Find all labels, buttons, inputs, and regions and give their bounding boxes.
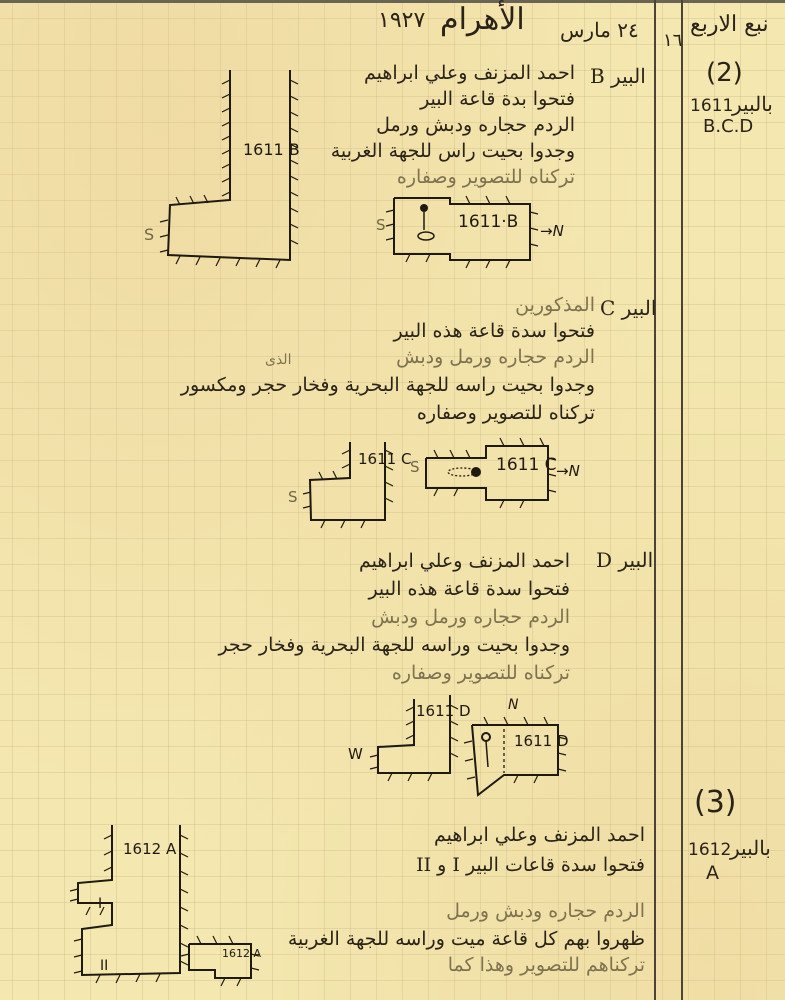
- header-site: الأهرام: [440, 2, 525, 37]
- sketch-b-shaft-label: 1611 B: [243, 140, 283, 159]
- margin-entry-3-tomb: 1612: [688, 840, 731, 860]
- section-b-line-1: احمد المزنف وعلي ابراهيم: [364, 60, 575, 86]
- section-b-line-4: وجدوا بحيت راس للجهة الغربية: [331, 138, 575, 164]
- sketch-1612a-chamber-label: 1612 A: [222, 948, 252, 959]
- sketch-c-chamber-dir: S: [410, 458, 420, 476]
- notebook-page: ١٩٢٧ الأهرام ٢٤ مارس ١٦ نبع الاربع (2) ب…: [0, 0, 785, 1000]
- sketch-1612a-chamber-ii: II: [100, 958, 108, 974]
- section-a-line-3: الردم حجاره ودبش ورمل: [446, 898, 645, 924]
- header-date: ٢٤ مارس: [560, 18, 639, 42]
- section-a-line-2: فتحوا سدة قاعات البير I و II: [416, 852, 645, 878]
- sketch-c-north-arrow: →N: [556, 462, 580, 480]
- sketch-b-chamber-plan: [390, 190, 540, 274]
- section-b-line-3: الردم حجاره ودبش ورمل: [376, 112, 575, 138]
- section-d-line-1: احمد المزنف وعلي ابراهيم: [359, 548, 570, 574]
- sketch-b-chamber-dir: S: [376, 216, 386, 234]
- sketch-b-north-arrow: →N: [540, 222, 564, 240]
- sketch-d-chamber-plan: [468, 715, 568, 799]
- header-page-number: ١٦: [663, 30, 682, 51]
- margin-entry-3-number: (3): [694, 785, 737, 820]
- sketch-b-shaft-dir: S: [144, 225, 154, 244]
- section-c-line-4: وجدوا بحيت راسه للجهة البحرية وفخار حجر …: [181, 372, 595, 398]
- sketch-c-shaft-label: 1611 C: [358, 450, 411, 468]
- section-c-heading: البير C: [600, 296, 656, 320]
- margin-line-outer: [681, 0, 683, 1000]
- margin-entry-2-shafts: B.C.D: [703, 116, 753, 137]
- section-a-line-1: احمد المزنف وعلي ابراهيم: [434, 822, 645, 848]
- page-top-edge: [0, 0, 785, 3]
- section-c-line-5: تركناه للتصوير وصفاره: [417, 400, 595, 426]
- margin-line-inner: [654, 0, 656, 1000]
- sketch-d-shaft-label: 1611 D: [416, 702, 471, 720]
- margin-entry-2-number: (2): [706, 58, 743, 88]
- header-tomb-group: نبع الاربع: [690, 12, 769, 37]
- header-year: ١٩٢٧: [378, 8, 425, 33]
- section-c-annotation: الذى: [265, 352, 291, 368]
- section-b-heading: البير B: [590, 64, 646, 88]
- sketch-d-shaft-dir: W: [348, 745, 363, 763]
- section-b-line-5: تركناه للتصوير وصفاره: [397, 164, 575, 190]
- section-a-line-5: تركناهم للتصوير وهذا كما: [448, 952, 645, 978]
- sketch-c-shaft-dir: S: [288, 488, 298, 506]
- sketch-d-north-label: N: [508, 697, 518, 713]
- section-d-heading: البير D: [596, 548, 653, 572]
- section-d-line-5: تركناه للتصوير وصفاره: [392, 660, 570, 686]
- section-a-line-4: ظهروا بهم كل قاعة ميت وراسه للجهة الغربي…: [288, 926, 645, 952]
- section-d-line-2: فتحوا سدة قاعة هذه البير: [368, 576, 570, 602]
- sketch-c-chamber-plan: [424, 440, 564, 514]
- section-c-line-3: الردم حجاره ورمل ودبش: [396, 344, 595, 370]
- sketch-d-chamber-label: 1611 D: [514, 732, 569, 750]
- margin-entry-3-shafts: A: [706, 862, 719, 884]
- margin-entry-2-label: بالبير: [732, 92, 773, 116]
- sketch-c-chamber-label: 1611 C: [496, 455, 557, 475]
- sketch-1612a-shaft-label: 1612 A: [123, 840, 157, 858]
- sketch-b-shaft-plan: [160, 70, 310, 274]
- section-c-line-1: المذكورين: [515, 292, 595, 318]
- margin-entry-2-tomb: 1611: [690, 96, 733, 116]
- section-d-line-4: وجدوا بحيت وراسه للجهة البحرية وفخار حجر: [218, 632, 570, 658]
- margin-entry-3-label: بالبير: [730, 836, 771, 860]
- section-b-line-2: فتحوا بدة قاعة البير: [420, 86, 575, 112]
- sketch-b-chamber-label: 1611·B: [458, 212, 518, 232]
- section-d-line-3: الردم حجاره ورمل ودبش: [371, 604, 570, 630]
- section-c-line-2: فتحوا سدة قاعة هذه البير: [393, 318, 595, 344]
- sketch-1612a-chamber-i: I: [98, 896, 102, 912]
